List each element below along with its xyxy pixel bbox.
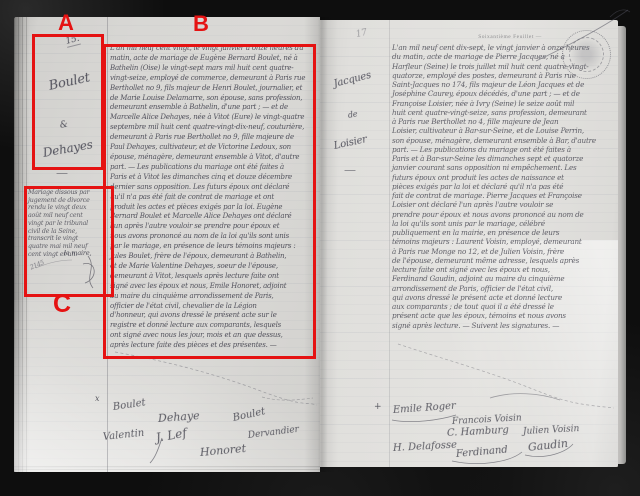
- annotation-box-b: [103, 44, 316, 359]
- signature: Emile Roger: [393, 401, 457, 416]
- scanned-register-spread: 15. Boulet & Dehayes — Mariage dissous p…: [0, 0, 640, 496]
- signature: C. Hamburg: [447, 425, 509, 439]
- annotation-box-a: [32, 34, 104, 170]
- annotation-label-a: A: [58, 12, 74, 34]
- signature: +: [374, 402, 382, 412]
- annotation-label-b: B: [193, 13, 209, 35]
- signature: H. Delafosse: [393, 440, 458, 454]
- signature: Gaudin: [527, 437, 568, 454]
- signature: Julien Voisin: [523, 424, 580, 437]
- annotation-label-c: C: [53, 292, 71, 317]
- annotation-box-c: [24, 186, 114, 297]
- signature: Ferdinand: [456, 444, 509, 459]
